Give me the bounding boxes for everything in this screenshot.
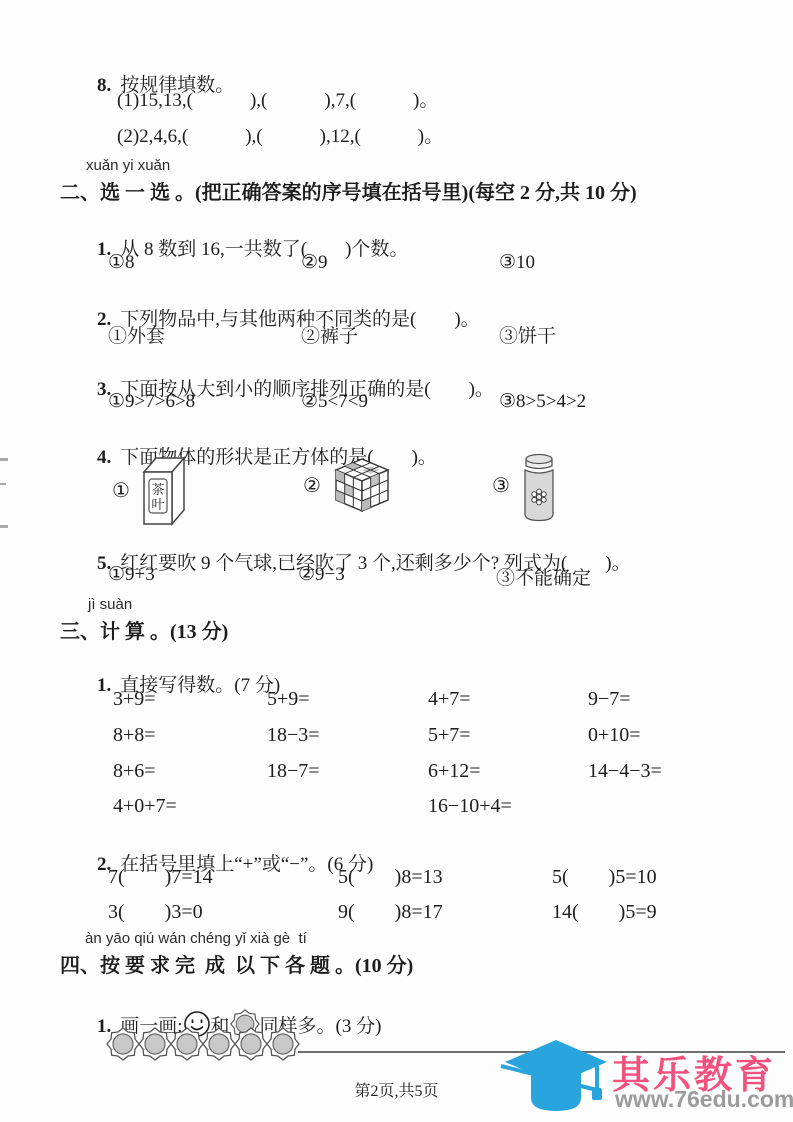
choose-q5-option-3: ③不能确定 [496, 563, 591, 590]
tea-box-label-char2: 叶 [151, 497, 164, 512]
question-text: 从 8 数到 16,一共数了( )个数。 [120, 239, 408, 260]
rubiks-cube-image [330, 456, 394, 523]
section-calc-pinyin: jì suàn [88, 596, 132, 613]
badge-icon [170, 1026, 204, 1062]
badge-icon [202, 1026, 236, 1062]
choose-q3-option-2: ②5<7<9 [301, 390, 368, 413]
calc-expression: 5+7= [428, 724, 471, 747]
option-circle-1: ① [112, 478, 130, 503]
calc-expression: 6+12= [428, 760, 481, 783]
worksheet-page: 8.按规律填数。 (1)15,13,( ),( ),7,( )。 (2)2,4,… [0, 0, 793, 1122]
badge-icon [138, 1026, 172, 1062]
badge-counting-row [106, 1026, 298, 1062]
question-number: 4. [97, 447, 111, 468]
choose-q5-option-2: ②9−3 [298, 563, 345, 586]
calc-expression: 16−10+4= [428, 795, 512, 818]
calc-expression: 18−3= [267, 724, 320, 747]
question-text: 下列物品中,与其他两种不同类的是( )。 [120, 309, 479, 330]
choose-q5-option-1: ①9+3 [108, 563, 155, 586]
calc-expression: 9−7= [588, 688, 631, 711]
fill-sign-expression: 9( )8=17 [338, 901, 443, 924]
calc-expression: 4+7= [428, 688, 471, 711]
fill-sign-expression: 7( )7=14 [108, 866, 213, 889]
section-tasks-heading: 四、按 要 求 完 成 以 下 各 题 。(10 分) [60, 949, 413, 978]
scan-artifact [0, 458, 8, 461]
fill-sequence-1: (1)15,13,( ),( ),7,( )。 [117, 90, 438, 113]
calc-expression: 3+9= [113, 688, 156, 711]
calc-expression: 8+6= [113, 760, 156, 783]
calc-expression: 18−7= [267, 760, 320, 783]
brand-url: www.76edu.com [615, 1086, 793, 1113]
calc-expression: 0+10= [588, 724, 641, 747]
choose-q2-option-2: ②裤子 [301, 321, 358, 348]
question-number: 8. [97, 75, 111, 96]
calc-expression: 14−4−3= [588, 760, 662, 783]
badge-icon [106, 1026, 140, 1062]
graduation-cap-icon [500, 1036, 612, 1122]
fill-sequence-2: (2)2,4,6,( ),( ),12,( )。 [117, 126, 443, 149]
choose-q2-option-3: ③饼干 [499, 321, 556, 348]
badge-icon [266, 1026, 300, 1062]
section-choose-heading: 二、选 一 选 。(把正确答案的序号填在括号里)(每空 2 分,共 10 分) [60, 176, 637, 205]
section-tasks-pinyin: àn yāo qiú wán chéng yǐ xià gè tí [85, 930, 307, 947]
scan-artifact [0, 483, 6, 485]
flower-jar-image [518, 452, 560, 529]
choose-q1-option-3: ③10 [499, 251, 535, 274]
choose-q2-option-1: ①外套 [108, 321, 165, 348]
section-calc-heading: 三、计 算 。(13 分) [60, 615, 228, 644]
choose-q3-option-1: ①9>7>6>8 [108, 390, 195, 413]
question-number: 1. [97, 675, 111, 696]
calc-expression: 5+9= [267, 688, 310, 711]
calc-sub1-title: 1.直接写得数。(7 分) [78, 652, 280, 720]
calc-expression: 4+0+7= [113, 795, 177, 818]
section-choose-pinyin: xuǎn yi xuǎn [86, 157, 170, 174]
calc-expression: 8+8= [113, 724, 156, 747]
tea-box-label-char1: 茶 [151, 482, 164, 497]
option-circle-2: ② [303, 473, 321, 498]
option-circle-3: ③ [492, 473, 510, 498]
badge-icon [234, 1026, 268, 1062]
choose-q1-option-2: ②9 [301, 251, 328, 274]
fill-sign-expression: 14( )5=9 [552, 901, 657, 924]
fill-sign-expression: 5( )5=10 [552, 866, 657, 889]
tea-box-image: 茶 叶 [136, 452, 192, 533]
scan-artifact [0, 525, 8, 528]
fill-sign-expression: 5( )8=13 [338, 866, 443, 889]
fill-sign-expression: 3( )3=0 [108, 901, 203, 924]
choose-q1-option-1: ①8 [108, 251, 135, 274]
choose-q3-option-3: ③8>5>4>2 [499, 390, 586, 413]
